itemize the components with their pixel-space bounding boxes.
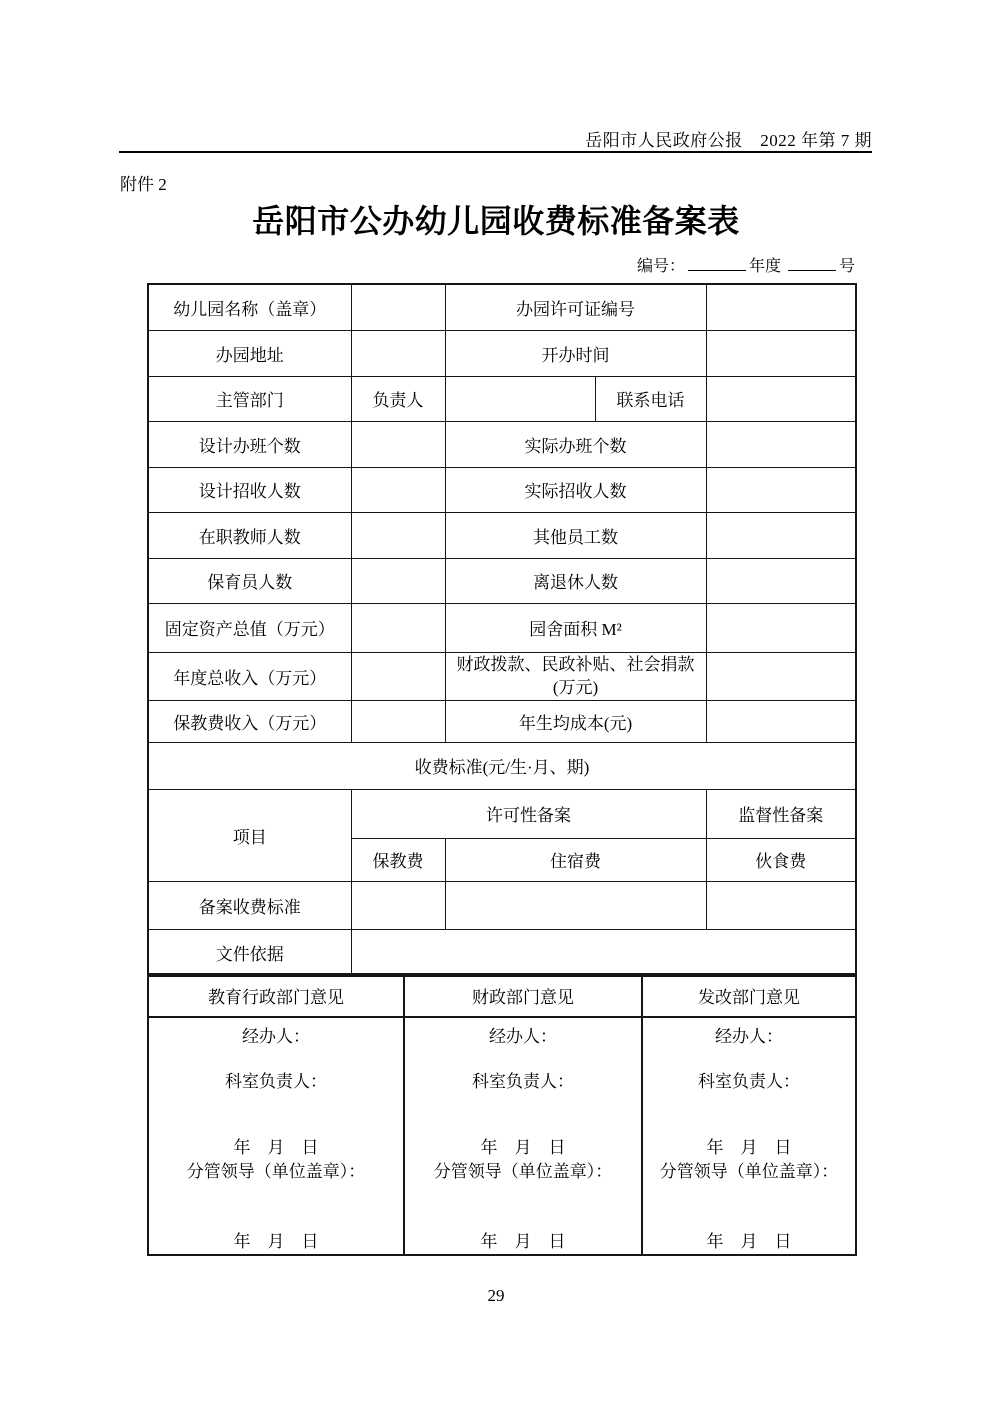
cell-caregivers [351,558,445,603]
section-chief-label: 科室负责人： [149,1070,403,1094]
label-actual-classes: 实际办班个数 [445,421,706,467]
row-document-basis: 文件依据 [148,929,856,976]
cell-other-staff [706,512,856,558]
cell-actual-enrollment [706,467,856,512]
row-fee-income: 保教费收入（万元） 年生均成本(元) [148,700,856,742]
cell-license-number [706,284,856,330]
cell-planned-classes [351,421,445,467]
cell-opening-date [706,330,856,376]
row-teachers: 在职教师人数 其他员工数 [148,512,856,558]
fee-standard-banner: 收费标准(元/生·月、期) [148,742,856,789]
header-supervised-filing: 监督性备案 [706,789,856,838]
serial-prefix: 编号： [637,258,685,275]
handler-label: 经办人： [149,1025,403,1049]
label-planned-classes: 设计办班个数 [148,421,351,467]
attachment-label: 附件 2 [120,170,167,195]
row-fee-banner: 收费标准(元/生·月、期) [148,742,856,789]
cell-active-teachers [351,512,445,558]
cell-recorded-boarding-fee [445,881,706,929]
cell-actual-classes [706,421,856,467]
cell-building-area [706,603,856,652]
label-contact-phone: 联系电话 [595,376,706,421]
form-title: 岳阳市公办幼儿园收费标准备案表 [0,196,992,242]
label-retirees: 离退休人数 [445,558,706,603]
serial-year-blank [688,256,746,271]
row-opinion-signatures: 经办人： 科室负责人： 年 月 日 分管领导（单位盖章）： 年 月 日 经办人：… [148,1017,856,1255]
cell-retirees [706,558,856,603]
label-opening-date: 开办时间 [445,330,706,376]
department-opinions-table: 教育行政部门意见 财政部门意见 发改部门意见 经办人： 科室负责人： 年 月 日… [147,973,857,1256]
date-line: 年 月 日 [643,1136,855,1160]
serial-number-line: 编号：年度 号 [637,253,855,276]
cell-subsidies [706,652,856,700]
cell-cost-per-student [706,700,856,742]
row-fee-header-top: 项目 许可性备案 监督性备案 [148,789,856,838]
header-care-fee: 保教费 [351,838,445,881]
leader-seal-label: 分管领导（单位盖章）： [405,1160,641,1184]
row-address: 办园地址 开办时间 [148,330,856,376]
cell-document-basis [351,929,856,976]
header-meal-fee: 伙食费 [706,838,856,881]
label-supervising-department: 主管部门 [148,376,351,421]
registration-form-table: 幼儿园名称（盖章） 办园许可证编号 办园地址 开办时间 主管部门 负责人 联系电… [147,283,857,977]
row-supervisor: 主管部门 负责人 联系电话 [148,376,856,421]
cell-person-in-charge [445,376,595,421]
label-recorded-fee-standard: 备案收费标准 [148,881,351,929]
row-planned-classes: 设计办班个数 实际办班个数 [148,421,856,467]
cell-contact-phone [706,376,856,421]
cell-address [351,330,445,376]
serial-middle: 年度 [749,258,781,275]
row-planned-enrollment: 设计招收人数 实际招收人数 [148,467,856,512]
cell-fixed-assets [351,603,445,652]
gazette-masthead: 岳阳市人民政府公报 2022 年第 7 期 [585,126,872,151]
label-actual-enrollment: 实际招收人数 [445,467,706,512]
label-address: 办园地址 [148,330,351,376]
label-subsidies: 财政拨款、民政补贴、社会捐款(万元) [445,652,706,700]
leader-seal-label: 分管领导（单位盖章）： [149,1160,403,1184]
header-finance-department-opinion: 财政部门意见 [404,974,642,1017]
row-recorded-fee: 备案收费标准 [148,881,856,929]
label-kindergarten-name: 幼儿园名称（盖章） [148,284,351,330]
row-kindergarten-name: 幼儿园名称（盖章） 办园许可证编号 [148,284,856,330]
cell-recorded-meal-fee [706,881,856,929]
label-building-area: 园舍面积 M² [445,603,706,652]
handler-label: 经办人： [405,1025,641,1049]
label-caregivers: 保育员人数 [148,558,351,603]
serial-number-blank [788,256,836,271]
section-chief-label: 科室负责人： [643,1070,855,1094]
cell-annual-income [351,652,445,700]
label-active-teachers: 在职教师人数 [148,512,351,558]
row-fixed-assets: 固定资产总值（万元） 园舍面积 M² [148,603,856,652]
label-other-staff: 其他员工数 [445,512,706,558]
label-cost-per-student: 年生均成本(元) [445,700,706,742]
label-fixed-assets: 固定资产总值（万元） [148,603,351,652]
header-development-reform-department-opinion: 发改部门意见 [642,974,856,1017]
row-caregivers: 保育员人数 离退休人数 [148,558,856,603]
date-line: 年 月 日 [149,1136,403,1160]
label-annual-income: 年度总收入（万元） [148,652,351,700]
page-number: 29 [0,1286,992,1306]
row-opinion-headers: 教育行政部门意见 财政部门意见 发改部门意见 [148,974,856,1017]
cell-recorded-care-fee [351,881,445,929]
date-line: 年 月 日 [149,1230,403,1254]
cell-planned-enrollment [351,467,445,512]
header-rule [119,151,872,153]
cell-finance-signatures: 经办人： 科室负责人： 年 月 日 分管领导（单位盖章）： 年 月 日 [404,1017,642,1255]
header-licensed-filing: 许可性备案 [351,789,706,838]
handler-label: 经办人： [643,1025,855,1049]
cell-development-reform-signatures: 经办人： 科室负责人： 年 月 日 分管领导（单位盖章）： 年 月 日 [642,1017,856,1255]
cell-kindergarten-name [351,284,445,330]
serial-suffix: 号 [839,258,855,275]
row-annual-income: 年度总收入（万元） 财政拨款、民政补贴、社会捐款(万元) [148,652,856,700]
label-license-number: 办园许可证编号 [445,284,706,330]
label-fee-income: 保教费收入（万元） [148,700,351,742]
label-document-basis: 文件依据 [148,929,351,976]
date-line: 年 月 日 [405,1230,641,1254]
cell-education-signatures: 经办人： 科室负责人： 年 月 日 分管领导（单位盖章）： 年 月 日 [148,1017,404,1255]
leader-seal-label: 分管领导（单位盖章）： [643,1160,855,1184]
label-person-in-charge: 负责人 [351,376,445,421]
cell-fee-income [351,700,445,742]
header-boarding-fee: 住宿费 [445,838,706,881]
header-education-department-opinion: 教育行政部门意见 [148,974,404,1017]
label-planned-enrollment: 设计招收人数 [148,467,351,512]
section-chief-label: 科室负责人： [405,1070,641,1094]
date-line: 年 月 日 [643,1230,855,1254]
label-fee-item: 项目 [148,789,351,881]
date-line: 年 月 日 [405,1136,641,1160]
